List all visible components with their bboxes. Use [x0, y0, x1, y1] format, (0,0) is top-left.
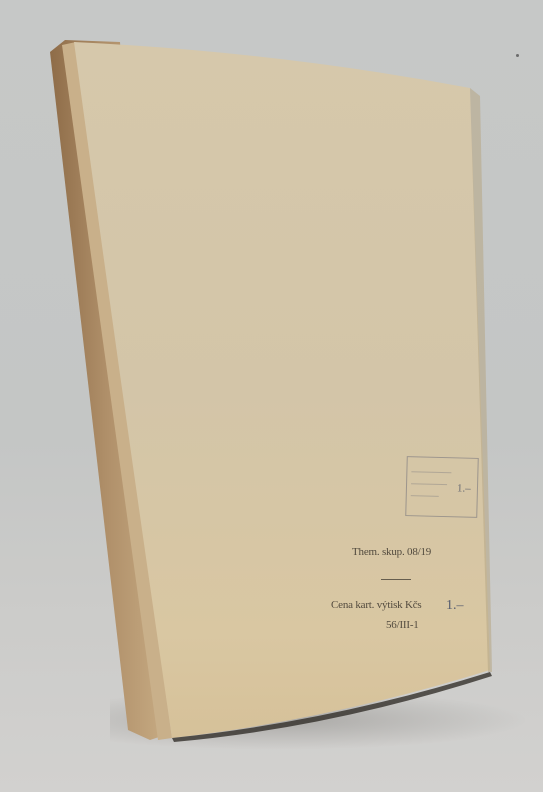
book	[0, 0, 543, 792]
divider-rule	[381, 579, 411, 580]
stamp-handwritten-mark: 1.–	[457, 482, 471, 494]
price-label: Cena kart. výtisk Kčs	[331, 599, 422, 611]
handwritten-price: 1.–	[446, 598, 464, 614]
stamp-line	[411, 483, 447, 485]
stamp-line	[411, 471, 451, 473]
thematic-group-label: Them. skup. 08/19	[352, 546, 431, 558]
library-stamp: 1.–	[405, 456, 479, 518]
catalog-number: 56/III-1	[386, 619, 419, 631]
stamp-line	[411, 495, 439, 497]
background-speck	[516, 54, 519, 57]
